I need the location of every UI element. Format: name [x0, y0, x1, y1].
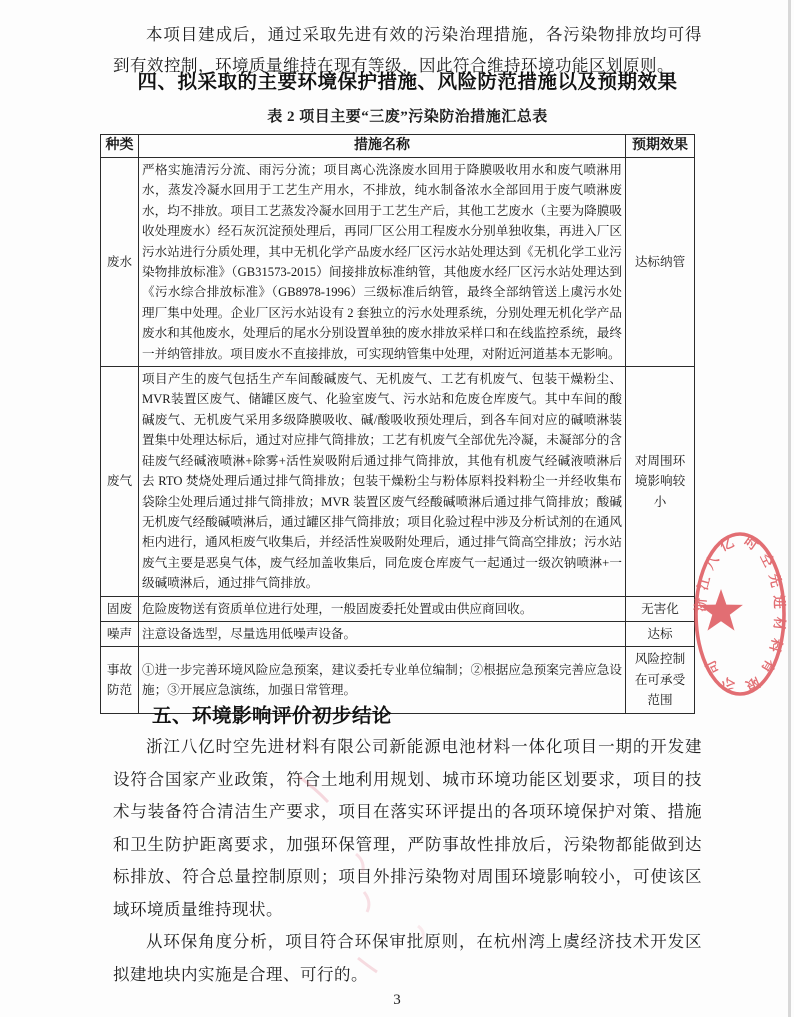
section-4-heading: 四、拟采取的主要环境保护措施、风险防范措施以及预期效果	[113, 66, 702, 94]
conclusion-paragraph-1: 浙江八亿时空先进材料有限公司新能源电池材料一体化项目一期的开发建设符合国家产业政…	[113, 731, 702, 926]
header-category: 种类	[101, 135, 139, 158]
page-number: 3	[0, 992, 794, 1009]
measures-cell: 严格实施清污分流、雨污分流；项目离心洗涤废水回用于降膜吸收用水和废气喷淋用水，蒸…	[139, 158, 626, 367]
category-cell: 废气	[101, 367, 139, 596]
table-row-solidwaste: 固废 危险废物送有资质单位进行处理，一般固废委托处置或由供应商回收。 无害化	[101, 596, 695, 621]
effect-cell: 无害化	[626, 596, 695, 621]
section-5-heading: 五、环境影响评价初步结论	[113, 700, 702, 728]
measures-cell: 项目产生的废气包括生产车间酸碱废气、无机废气、工艺有机废气、包装干燥粉尘、MVR…	[139, 367, 626, 596]
effect-cell: 达标	[626, 621, 695, 646]
table-header-row: 种类 措施名称 预期效果	[101, 135, 695, 158]
svg-text:浙江八亿时空先进材料有限公司: 浙江八亿时空先进材料有限公司	[692, 531, 788, 697]
table-row-noise: 噪声 注意设备选型，尽量选用低噪声设备。 达标	[101, 621, 695, 646]
seal-star-icon	[699, 589, 743, 631]
seal-ring-text: 浙江八亿时空先进材料有限公司	[692, 531, 788, 697]
table-row-wastewater: 废水 严格实施清污分流、雨污分流；项目离心洗涤废水回用于降膜吸收用水和废气喷淋用…	[101, 158, 695, 367]
conclusion-paragraphs: 浙江八亿时空先进材料有限公司新能源电池材料一体化项目一期的开发建设符合国家产业政…	[113, 731, 702, 991]
conclusion-paragraph-2: 从环保角度分析，项目符合环保审批原则，在杭州湾上虞经济技术开发区拟建地块内实施是…	[113, 926, 702, 991]
table-row-wastegas: 废气 项目产生的废气包括生产车间酸碱废气、无机废气、工艺有机废气、包装干燥粉尘、…	[101, 367, 695, 596]
measures-cell: 危险废物送有资质单位进行处理，一般固废委托处置或由供应商回收。	[139, 596, 626, 621]
header-measures: 措施名称	[139, 135, 626, 158]
effect-cell: 达标纳管	[626, 158, 695, 367]
header-effect: 预期效果	[626, 135, 695, 158]
category-cell: 噪声	[101, 621, 139, 646]
measures-cell: 注意设备选型，尽量选用低噪声设备。	[139, 621, 626, 646]
scan-page-edge	[788, 0, 791, 1017]
company-seal-stamp: 浙江八亿时空先进材料有限公司	[692, 529, 790, 701]
category-cell: 固废	[101, 596, 139, 621]
pollution-measures-table: 种类 措施名称 预期效果 废水 严格实施清污分流、雨污分流；项目离心洗涤废水回用…	[100, 134, 695, 714]
seal-ring	[696, 534, 784, 694]
table-caption: 表 2 项目主要“三废”污染防治措施汇总表	[113, 105, 702, 126]
category-cell: 废水	[101, 158, 139, 367]
effect-cell: 对周围环境影响较小	[626, 367, 695, 596]
